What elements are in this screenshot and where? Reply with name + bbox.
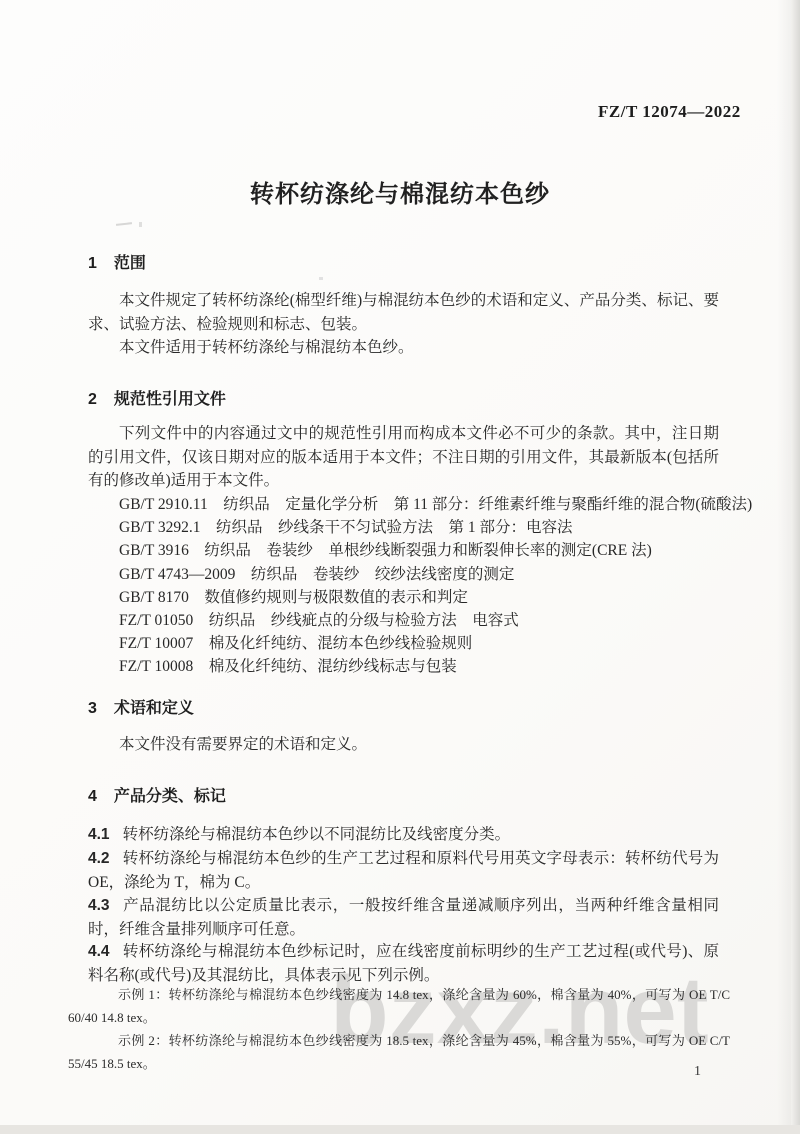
section-3-heading-label: 术语和定义 <box>114 700 194 717</box>
reference-item: GB/T 8170 数值修约规则与极限数值的表示和判定 <box>119 586 729 609</box>
section-2-heading: 2规范性引用文件 <box>88 386 226 409</box>
clause-4-4-number: 4.4 <box>88 943 110 960</box>
page-number: 1 <box>694 1064 701 1080</box>
normative-references-intro: 下列文件中的内容通过文中的规范性引用而构成本文件必不可少的条款。其中，注日期的引… <box>88 422 719 493</box>
scope-paragraph-2: 本文件适用于转杯纺涤纶与棉混纺本色纱。 <box>88 336 719 360</box>
section-1-number: 1 <box>88 255 97 273</box>
clause-4-4: 4.4转杯纺涤纶与棉混纺本色纱标记时，应在线密度前标明纱的生产工艺过程(或代号)… <box>88 940 719 987</box>
normative-references-list: GB/T 2910.11 纺织品 定量化学分析 第 11 部分：纤维素纤维与聚酯… <box>119 493 729 679</box>
terms-paragraph: 本文件没有需要界定的术语和定义。 <box>88 733 719 757</box>
clause-4-4-text: 转杯纺涤纶与棉混纺本色纱标记时，应在线密度前标明纱的生产工艺过程(或代号)、原料… <box>88 943 719 984</box>
scan-smudge <box>139 222 142 227</box>
clause-4-3: 4.3产品混纺比以公定质量比表示，一般按纤维含量递减顺序列出，当两种纤维含量相同… <box>88 894 719 941</box>
section-3-number: 3 <box>88 700 97 718</box>
clause-4-3-text: 产品混纺比以公定质量比表示，一般按纤维含量递减顺序列出，当两种纤维含量相同时，纤… <box>88 897 719 938</box>
clause-4-1: 4.1转杯纺涤纶与棉混纺本色纱以不同混纺比及线密度分类。 <box>88 823 719 847</box>
reference-item: GB/T 2910.11 纺织品 定量化学分析 第 11 部分：纤维素纤维与聚酯… <box>119 493 729 516</box>
reference-item: GB/T 3916 纺织品 卷装纱 单根纱线断裂强力和断裂伸长率的测定(CRE … <box>119 539 729 562</box>
scan-right-edge <box>791 0 800 1134</box>
example-1: 示例 1：转杯纺涤纶与棉混纺本色纱线密度为 14.8 tex，涤纶含量为 60%… <box>68 983 730 1029</box>
section-1-heading-label: 范围 <box>114 255 146 272</box>
clause-4-1-text: 转杯纺涤纶与棉混纺本色纱以不同混纺比及线密度分类。 <box>123 826 511 843</box>
clause-4-3-number: 4.3 <box>88 897 110 914</box>
clause-4-2-text: 转杯纺涤纶与棉混纺本色纱的生产工艺过程和原料代号用英文字母表示：转杯纺代号为 O… <box>88 850 719 891</box>
reference-item: GB/T 3292.1 纺织品 纱线条干不匀试验方法 第 1 部分：电容法 <box>119 516 729 539</box>
document-title: 转杯纺涤纶与棉混纺本色纱 <box>0 174 800 209</box>
example-2: 示例 2：转杯纺涤纶与棉混纺本色纱线密度为 18.5 tex，涤纶含量为 45%… <box>68 1029 730 1075</box>
section-4-number: 4 <box>88 788 97 806</box>
reference-item: FZ/T 01050 纺织品 纱线疵点的分级与检验方法 电容式 <box>119 609 729 632</box>
scan-bottom-edge <box>0 1125 800 1134</box>
clause-4-2: 4.2转杯纺涤纶与棉混纺本色纱的生产工艺过程和原料代号用英文字母表示：转杯纺代号… <box>88 847 719 894</box>
reference-item: FZ/T 10007 棉及化纤纯纺、混纺本色纱线检验规则 <box>119 632 729 655</box>
section-4-heading-label: 产品分类、标记 <box>114 788 226 805</box>
section-2-number: 2 <box>88 391 97 409</box>
section-1-heading: 1范围 <box>88 250 146 273</box>
reference-item: GB/T 4743—2009 纺织品 卷装纱 绞纱法线密度的测定 <box>119 563 729 586</box>
scan-smudge <box>116 222 132 226</box>
section-2-heading-label: 规范性引用文件 <box>114 391 226 408</box>
clause-4-1-number: 4.1 <box>88 826 110 843</box>
clause-4-2-number: 4.2 <box>88 850 110 867</box>
standard-number: FZ/T 12074—2022 <box>598 102 741 122</box>
section-3-heading: 3术语和定义 <box>88 695 194 718</box>
scan-smudge <box>319 277 323 280</box>
section-4-heading: 4产品分类、标记 <box>88 783 226 806</box>
scope-paragraph-1: 本文件规定了转杯纺涤纶(棉型纤维)与棉混纺本色纱的术语和定义、产品分类、标记、要… <box>88 289 719 336</box>
scan-edge-shadow <box>777 0 791 1134</box>
reference-item: FZ/T 10008 棉及化纤纯纺、混纺纱线标志与包装 <box>119 655 729 678</box>
standard-document-page: bzxz.net FZ/T 12074—2022 转杯纺涤纶与棉混纺本色纱 1范… <box>0 0 800 1134</box>
